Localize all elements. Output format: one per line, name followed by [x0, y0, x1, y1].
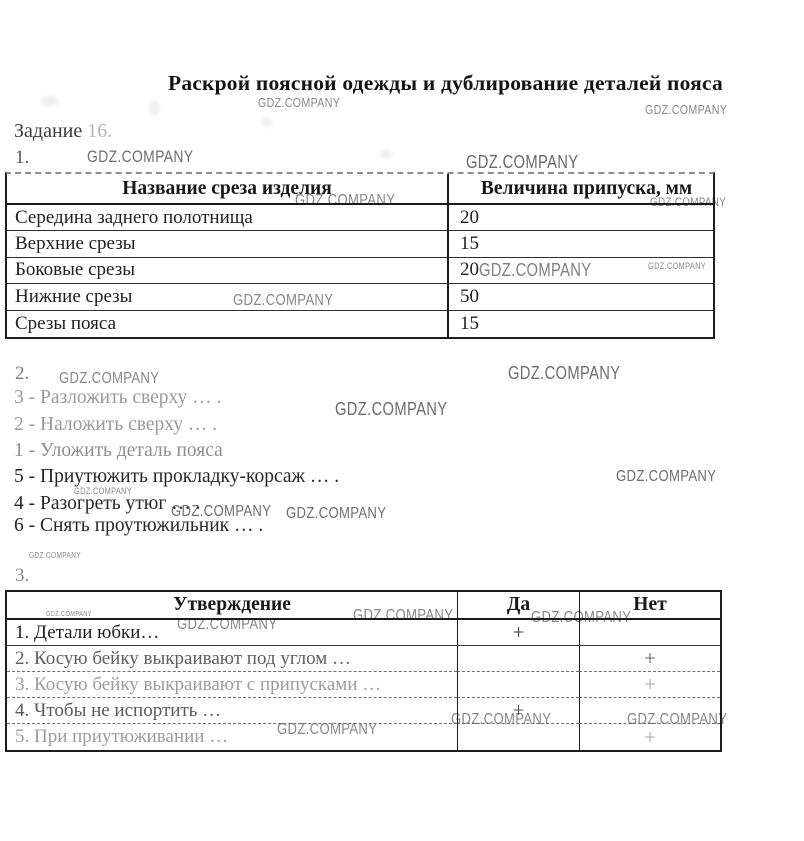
watermark: GDZ.COMPANY — [479, 260, 591, 281]
allowance-table: Название среза изделия Величина припуска… — [5, 172, 715, 339]
task-word: Задание — [14, 120, 82, 142]
watermark: GDZ.COMPANY — [466, 152, 578, 173]
statements-table: Утверждение Да Нет 1. Детали юбки… + 2. … — [5, 590, 722, 752]
no-mark: + — [579, 646, 720, 672]
watermark: GDZ.COMPANY — [59, 370, 159, 388]
list-item: 2 - Наложить сверху … . — [14, 414, 217, 436]
scan-artifact — [42, 96, 58, 106]
section-2-number: 2. — [15, 363, 29, 385]
yes-mark — [457, 672, 579, 698]
statement-row: 3. Косую бейку выкраивают с припусками … — [7, 672, 457, 698]
table-row-value: 50 — [447, 284, 713, 310]
list-item: 5 - Приутюжить прокладку-корсаж … . — [14, 466, 339, 488]
statement-row: 1. Детали юбки… — [7, 620, 457, 646]
list-item: 6 - Снять проутюжильник … . — [14, 515, 263, 537]
no-mark — [579, 620, 720, 646]
yes-mark: + — [457, 620, 579, 646]
statement-row: 2. Косую бейку выкраивают под углом … — [7, 646, 457, 672]
watermark: GDZ.COMPANY — [616, 468, 716, 486]
watermark: GDZ.COMPANY — [87, 147, 193, 167]
yes-mark: + — [457, 698, 579, 724]
scan-artifact — [262, 118, 272, 127]
table-row-name: Середина заднего полотнища — [7, 205, 447, 231]
list-item: 4 - Разогреть утюг … . — [14, 493, 201, 515]
table-row-value: 20 GDZ.COMPANY — [447, 258, 713, 284]
watermark: GDZ.COMPANY — [508, 363, 620, 384]
page-title: Раскрой поясной одежды и дублирование де… — [158, 71, 733, 96]
watermark: GDZ.COMPANY — [645, 102, 727, 117]
scanned-worksheet-page: Раскрой поясной одежды и дублирование де… — [0, 0, 804, 841]
statement-row: 4. Чтобы не испортить … — [7, 698, 457, 724]
table-row-value-text: 20 — [460, 259, 479, 281]
table-row-name: Нижние срезы — [7, 284, 447, 310]
table-row-name: Боковые срезы — [7, 258, 447, 284]
table-row-value: 20 — [447, 205, 713, 231]
statement-row: 5. При приутюживании … — [7, 724, 457, 750]
scan-artifact — [150, 100, 159, 116]
task-label: Задание 16. — [14, 120, 112, 143]
table-row-value: 15 — [447, 231, 713, 257]
watermark: GDZ.COMPANY — [335, 399, 447, 420]
list-item: 3 - Разложить сверху … . — [14, 387, 221, 409]
no-mark: + — [579, 672, 720, 698]
allowance-table-header-name: Название среза изделия — [7, 174, 447, 205]
watermark: GDZ.COMPANY — [286, 505, 386, 523]
no-mark: + — [579, 724, 720, 750]
no-header: Нет — [579, 592, 720, 620]
yes-mark — [457, 724, 579, 750]
list-item: 1 - Уложить деталь пояса — [14, 440, 223, 462]
table-row-value: 15 — [447, 311, 713, 337]
scan-artifact — [380, 150, 392, 158]
no-mark — [579, 698, 720, 724]
watermark: GDZ.COMPANY — [29, 551, 81, 560]
yes-mark — [457, 646, 579, 672]
statements-header: Утверждение — [7, 592, 457, 620]
watermark: GDZ.COMPANY — [258, 95, 340, 110]
table-row-name: Срезы пояса — [7, 311, 447, 337]
task-number: 16. — [87, 120, 112, 142]
allowance-table-header-value: Величина припуска, мм — [447, 174, 713, 205]
yes-header: Да — [457, 592, 579, 620]
table-row-name: Верхние срезы — [7, 231, 447, 257]
section-1-number: 1. — [15, 147, 29, 169]
section-3-number: 3. — [15, 565, 29, 587]
